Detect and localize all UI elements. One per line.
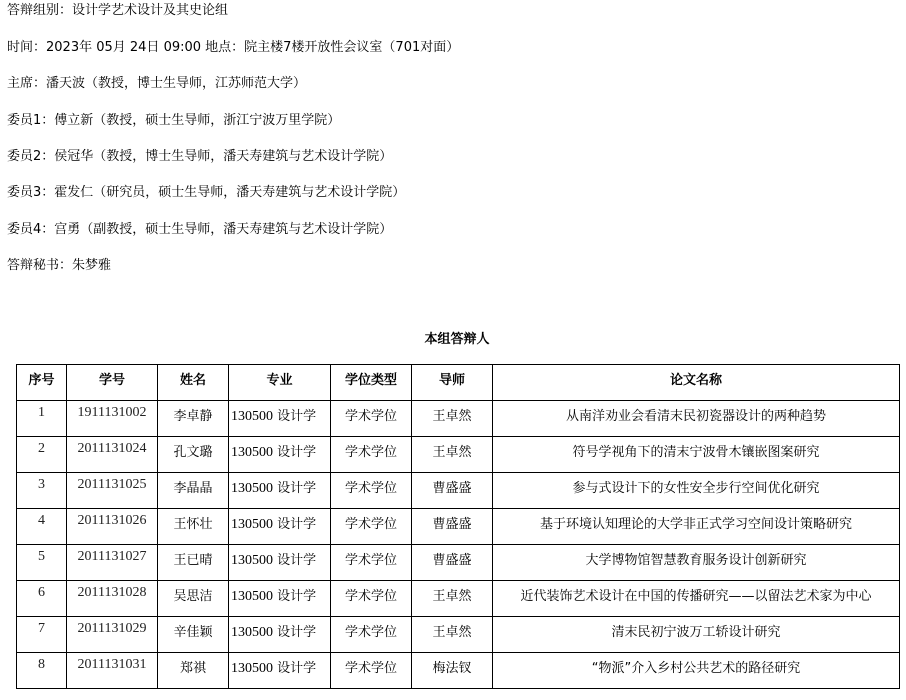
- col-header-advisor: 导师: [412, 365, 493, 401]
- member-2: 委员2：侯冠华（教授，博士生导师，潘天寿建筑与艺术设计学院）: [7, 147, 392, 167]
- table-title: 本组答辩人: [16, 330, 898, 350]
- time-location: 时间：2023年 05月 24日 09:00 地点：院主楼7楼开放性会议室（70…: [7, 38, 459, 58]
- major-name: 设计学: [277, 445, 316, 460]
- cell-thesis-title: 参与式设计下的女性安全步行空间优化研究: [493, 473, 900, 509]
- major-name: 设计学: [277, 481, 316, 496]
- major-code: 130500: [231, 481, 273, 496]
- col-header-thesis-title: 论文名称: [493, 365, 900, 401]
- cell-name: 辛佳颖: [158, 617, 229, 653]
- member-4: 委员4：宫勇（副教授，硕士生导师，潘天寿建筑与艺术设计学院）: [7, 220, 392, 240]
- cell-major: 130500 设计学: [229, 653, 331, 689]
- cell-thesis-title: 从南洋劝业会看清末民初瓷器设计的两种趋势: [493, 401, 900, 437]
- col-header-degree-type: 学位类型: [331, 365, 412, 401]
- cell-name: 王怀壮: [158, 509, 229, 545]
- cell-student-id: 1911131002: [67, 401, 158, 437]
- table-row: 1 1911131002 李卓静 130500 设计学 学术学位 王卓然 从南洋…: [17, 401, 900, 437]
- cell-major: 130500 设计学: [229, 545, 331, 581]
- table-header-row: 序号 学号 姓名 专业 学位类型 导师 论文名称: [17, 365, 900, 401]
- cell-name: 李卓静: [158, 401, 229, 437]
- major-code: 130500: [231, 625, 273, 640]
- cell-degree-type: 学术学位: [331, 401, 412, 437]
- cell-degree-type: 学术学位: [331, 545, 412, 581]
- cell-no: 2: [17, 437, 67, 473]
- cell-thesis-title: 清末民初宁波万工轿设计研究: [493, 617, 900, 653]
- cell-thesis-title: 基于环境认知理论的大学非正式学习空间设计策略研究: [493, 509, 900, 545]
- cell-major: 130500 设计学: [229, 401, 331, 437]
- major-code: 130500: [231, 445, 273, 460]
- cell-name: 王已晴: [158, 545, 229, 581]
- major-name: 设计学: [277, 517, 316, 532]
- cell-thesis-title: “物派”介入乡村公共艺术的路径研究: [493, 653, 900, 689]
- member-3: 委员3：霍发仁（研究员，硕士生导师，潘天寿建筑与艺术设计学院）: [7, 183, 405, 203]
- major-code: 130500: [231, 589, 273, 604]
- cell-no: 7: [17, 617, 67, 653]
- col-header-no: 序号: [17, 365, 67, 401]
- cell-degree-type: 学术学位: [331, 437, 412, 473]
- cell-advisor: 曹盛盛: [412, 473, 493, 509]
- defense-group: 答辩组别：设计学艺术设计及其史论组: [7, 1, 228, 21]
- major-code: 130500: [231, 517, 273, 532]
- cell-advisor: 王卓然: [412, 581, 493, 617]
- cell-no: 1: [17, 401, 67, 437]
- cell-no: 4: [17, 509, 67, 545]
- cell-thesis-title: 大学博物馆智慧教育服务设计创新研究: [493, 545, 900, 581]
- cell-student-id: 2011131028: [67, 581, 158, 617]
- cell-no: 5: [17, 545, 67, 581]
- member-1: 委员1：傅立新（教授，硕士生导师，浙江宁波万里学院）: [7, 111, 340, 131]
- candidates-table: 序号 学号 姓名 专业 学位类型 导师 论文名称 1 1911131002 李卓…: [16, 364, 900, 689]
- col-header-student-id: 学号: [67, 365, 158, 401]
- cell-degree-type: 学术学位: [331, 653, 412, 689]
- cell-major: 130500 设计学: [229, 437, 331, 473]
- major-code: 130500: [231, 553, 273, 568]
- cell-student-id: 2011131027: [67, 545, 158, 581]
- cell-name: 郑祺: [158, 653, 229, 689]
- cell-advisor: 曹盛盛: [412, 509, 493, 545]
- cell-degree-type: 学术学位: [331, 473, 412, 509]
- cell-major: 130500 设计学: [229, 617, 331, 653]
- chair: 主席：潘天波（教授，博士生导师，江苏师范大学）: [7, 74, 306, 94]
- cell-advisor: 曹盛盛: [412, 545, 493, 581]
- cell-student-id: 2011131026: [67, 509, 158, 545]
- cell-degree-type: 学术学位: [331, 581, 412, 617]
- cell-name: 李晶晶: [158, 473, 229, 509]
- col-header-major: 专业: [229, 365, 331, 401]
- major-name: 设计学: [277, 625, 316, 640]
- col-header-name: 姓名: [158, 365, 229, 401]
- cell-no: 6: [17, 581, 67, 617]
- cell-name: 吴思洁: [158, 581, 229, 617]
- cell-student-id: 2011131029: [67, 617, 158, 653]
- major-name: 设计学: [277, 553, 316, 568]
- cell-thesis-title: 近代装饰艺术设计在中国的传播研究——以留法艺术家为中心: [493, 581, 900, 617]
- table-row: 7 2011131029 辛佳颖 130500 设计学 学术学位 王卓然 清末民…: [17, 617, 900, 653]
- table-row: 8 2011131031 郑祺 130500 设计学 学术学位 梅法钗 “物派”…: [17, 653, 900, 689]
- major-code: 130500: [231, 409, 273, 424]
- table-row: 5 2011131027 王已晴 130500 设计学 学术学位 曹盛盛 大学博…: [17, 545, 900, 581]
- major-name: 设计学: [277, 661, 316, 676]
- major-code: 130500: [231, 661, 273, 676]
- cell-major: 130500 设计学: [229, 509, 331, 545]
- cell-advisor: 梅法钗: [412, 653, 493, 689]
- cell-advisor: 王卓然: [412, 437, 493, 473]
- cell-thesis-title: 符号学视角下的清末宁波骨木镶嵌图案研究: [493, 437, 900, 473]
- table-row: 2 2011131024 孔文璐 130500 设计学 学术学位 王卓然 符号学…: [17, 437, 900, 473]
- cell-no: 8: [17, 653, 67, 689]
- cell-advisor: 王卓然: [412, 617, 493, 653]
- cell-student-id: 2011131031: [67, 653, 158, 689]
- table-row: 3 2011131025 李晶晶 130500 设计学 学术学位 曹盛盛 参与式…: [17, 473, 900, 509]
- cell-advisor: 王卓然: [412, 401, 493, 437]
- cell-major: 130500 设计学: [229, 581, 331, 617]
- cell-name: 孔文璐: [158, 437, 229, 473]
- major-name: 设计学: [277, 589, 316, 604]
- secretary: 答辩秘书：朱梦雅: [7, 256, 111, 276]
- cell-degree-type: 学术学位: [331, 617, 412, 653]
- major-name: 设计学: [277, 409, 316, 424]
- table-row: 6 2011131028 吴思洁 130500 设计学 学术学位 王卓然 近代装…: [17, 581, 900, 617]
- cell-major: 130500 设计学: [229, 473, 331, 509]
- cell-student-id: 2011131024: [67, 437, 158, 473]
- table-row: 4 2011131026 王怀壮 130500 设计学 学术学位 曹盛盛 基于环…: [17, 509, 900, 545]
- cell-degree-type: 学术学位: [331, 509, 412, 545]
- cell-no: 3: [17, 473, 67, 509]
- cell-student-id: 2011131025: [67, 473, 158, 509]
